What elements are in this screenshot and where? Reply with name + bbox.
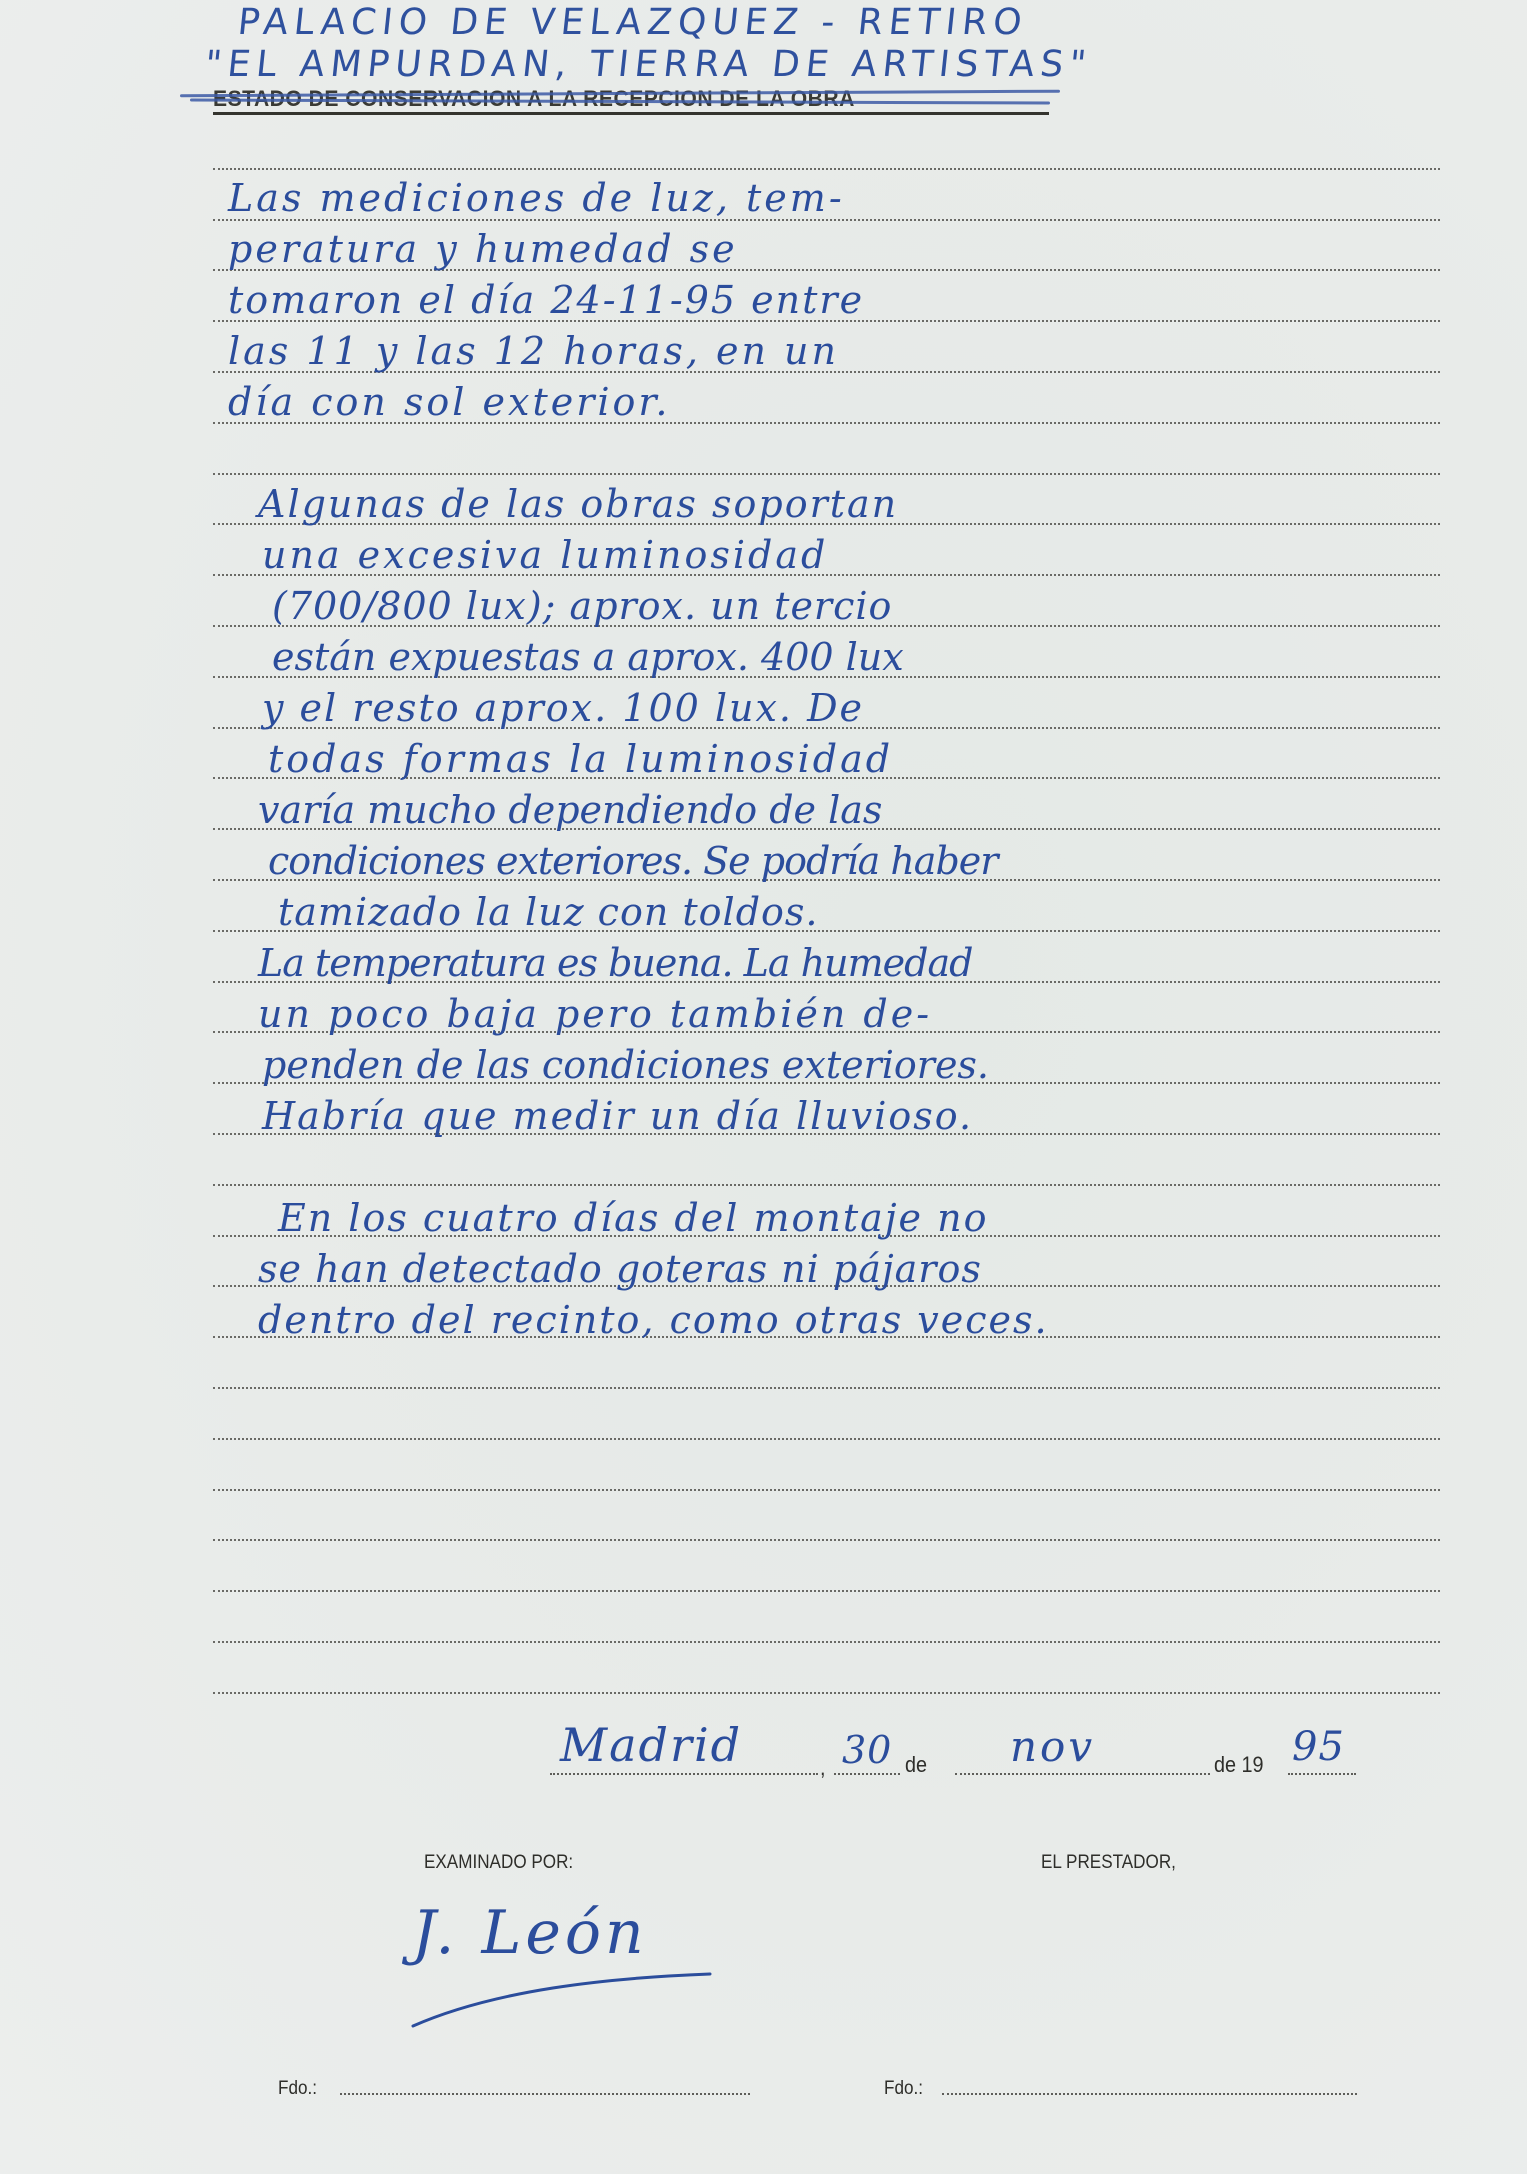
ruled-line <box>213 1539 1440 1541</box>
fdo-left-line <box>340 2093 750 2095</box>
city-value: Madrid <box>560 1718 742 1772</box>
ruled-line <box>213 1438 1440 1440</box>
body-line: un poco baja pero también de- <box>258 992 932 1036</box>
ruled-line <box>213 1184 1440 1186</box>
ruled-line <box>213 1692 1440 1694</box>
body-line: día con sol exterior. <box>228 380 670 424</box>
date-year-prefix: de 19 <box>1214 1752 1264 1778</box>
month-field-line <box>955 1773 1210 1775</box>
body-line: las 11 y las 12 horas, en un <box>228 329 839 373</box>
body-line: se han detectado goteras ni pájaros <box>258 1247 982 1291</box>
body-line: dentro del recinto, como otras veces. <box>258 1298 1049 1342</box>
year-field-line <box>1288 1773 1356 1775</box>
city-field-line <box>550 1773 818 1775</box>
signature-underline-stroke <box>405 1960 725 2040</box>
date-comma: , <box>820 1755 826 1781</box>
body-line: varía mucho dependiendo de las <box>258 788 882 832</box>
body-line: En los cuatro días del montaje no <box>278 1196 988 1240</box>
month-value: nov <box>1010 1722 1095 1771</box>
body-line: (700/800 lux); aprox. un tercio <box>272 584 892 628</box>
ruled-line <box>213 1590 1440 1592</box>
body-line: todas formas la luminosidad <box>268 737 893 781</box>
paper-sheet <box>0 0 1527 2174</box>
year-value: 95 <box>1292 1724 1345 1770</box>
body-line: y el resto aprox. 100 lux. De <box>262 686 864 730</box>
ruled-line <box>213 1387 1440 1389</box>
body-line: condiciones exteriores. Se podría haber <box>268 839 997 883</box>
date-de-label: de <box>905 1752 927 1778</box>
body-line: peratura y humedad se <box>228 227 738 271</box>
ruled-line <box>213 1489 1440 1491</box>
body-line: Las mediciones de luz, tem- <box>228 176 845 220</box>
day-value: 30 <box>842 1728 892 1772</box>
body-line: penden de las condiciones exteriores. <box>262 1043 989 1087</box>
body-line: Habría que medir un día lluvioso. <box>262 1094 973 1138</box>
fdo-right-label: Fdo.: <box>884 2078 923 2100</box>
body-line: una excesiva luminosidad <box>262 533 828 577</box>
body-line: La temperatura es buena. La humedad <box>258 941 972 985</box>
examiner-signature: J. León <box>412 1898 648 1968</box>
body-line: están expuestas a aprox. 400 lux <box>272 635 904 679</box>
handwritten-venue: PALACIO DE VELAZQUEZ - RETIRO <box>236 2 1030 43</box>
body-line: tomaron el día 24-11-95 entre <box>228 278 864 322</box>
handwritten-exhibition-title: "EL AMPURDAN, TIERRA DE ARTISTAS" <box>203 44 1094 85</box>
fdo-right-line <box>942 2093 1357 2095</box>
ruled-line <box>213 168 1440 170</box>
ruled-line <box>213 473 1440 475</box>
title-underline <box>213 112 1049 115</box>
lender-label: EL PRESTADOR, <box>1041 1852 1176 1874</box>
fdo-left-label: Fdo.: <box>278 2078 317 2100</box>
body-line: tamizado la luz con toldos. <box>278 890 818 934</box>
ruled-line <box>213 1641 1440 1643</box>
day-field-line <box>834 1773 900 1775</box>
examined-by-label: EXAMINADO POR: <box>424 1852 573 1874</box>
body-line: Algunas de las obras soportan <box>258 482 898 526</box>
